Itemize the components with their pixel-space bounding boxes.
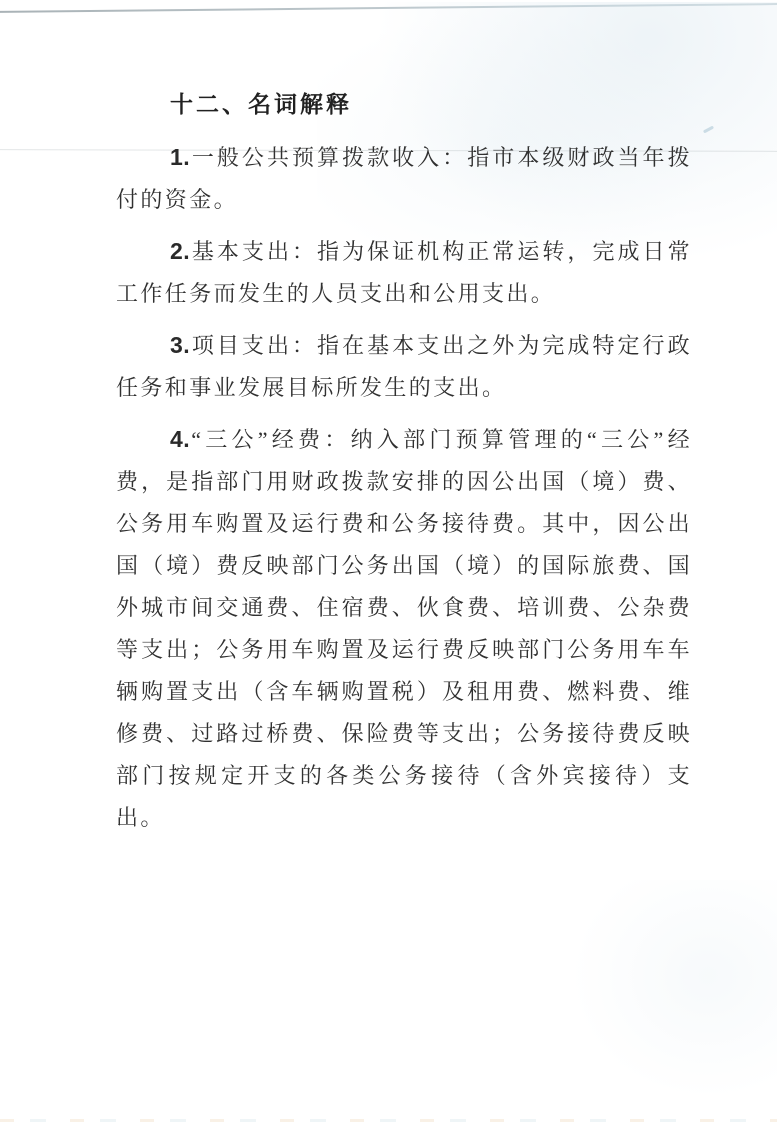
paragraph-text: 基本支出：指为保证机构正常运转，完成日常工作任务而发生的人员支出和公用支出。 — [116, 239, 692, 306]
paragraph-text: 一般公共预算拨款收入：指市本级财政当年拨付的资金。 — [116, 145, 692, 212]
definition-paragraph-4: 4.“三公”经费：纳入部门预算管理的“三公”经费，是指部门用财政拨款安排的因公出… — [116, 418, 692, 839]
paragraph-number: 4. — [170, 426, 190, 452]
document-page: 十二、名词解释 1.一般公共预算拨款收入：指市本级财政当年拨付的资金。 2.基本… — [0, 0, 777, 1122]
definition-paragraph-1: 1.一般公共预算拨款收入：指市本级财政当年拨付的资金。 — [116, 136, 692, 221]
document-content: 十二、名词解释 1.一般公共预算拨款收入：指市本级财政当年拨付的资金。 2.基本… — [116, 90, 692, 848]
definition-paragraph-2: 2.基本支出：指为保证机构正常运转，完成日常工作任务而发生的人员支出和公用支出。 — [116, 230, 692, 315]
scan-artifact-speck — [703, 126, 714, 134]
paragraph-number: 1. — [170, 144, 190, 170]
paragraph-text: 项目支出：指在基本支出之外为完成特定行政任务和事业发展目标所发生的支出。 — [116, 333, 692, 400]
section-heading: 十二、名词解释 — [170, 90, 692, 120]
definition-paragraph-3: 3.项目支出：指在基本支出之外为完成特定行政任务和事业发展目标所发生的支出。 — [116, 324, 692, 409]
scan-artifact-mottle-bottom — [547, 880, 777, 1120]
paragraph-text: “三公”经费：纳入部门预算管理的“三公”经费，是指部门用财政拨款安排的因公出国（… — [116, 427, 692, 830]
paragraph-number: 3. — [170, 332, 190, 358]
paragraph-number: 2. — [170, 238, 190, 264]
scan-artifact-top-edge — [0, 3, 777, 13]
